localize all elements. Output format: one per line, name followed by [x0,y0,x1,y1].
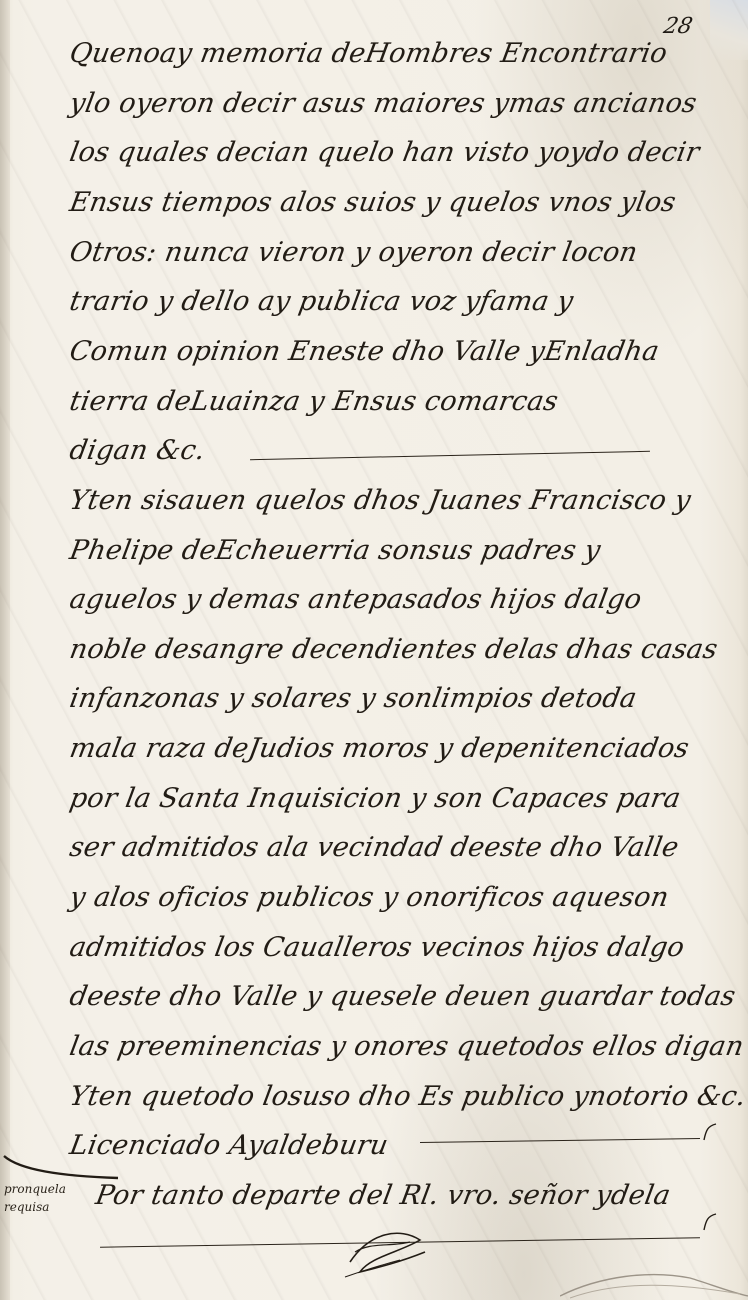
manuscript-line: tierra deLuainza y Ensus comarcas [68,388,561,415]
manuscript-line: Quenoay memoria deHombres Encontrario [68,40,670,67]
manuscript-line: digan &c. [68,437,208,464]
manuscript-line: por la Santa Inquisicion y son Capaces p… [68,785,683,812]
manuscript-line: las preeminencias y onores quetodos ello… [68,1033,748,1060]
manuscript-line: Yten quetodo losuso dho Es publico ynoto… [68,1083,748,1110]
manuscript-line: admitidos los Caualleros vecinos hijos d… [68,934,687,961]
manuscript-line: mala raza deJudios moros y depenitenciad… [68,735,691,762]
signature-rubric-icon [340,1222,440,1282]
line-end-flourish [700,1210,720,1234]
line-filler-rule [250,451,650,460]
line-filler-rule [420,1138,700,1143]
marginal-note-line-2: requisa [4,1198,66,1216]
manuscript-line: Comun opinion Eneste dho Valle yEnladha [68,338,662,365]
folio-number: 28 [661,14,694,39]
manuscript-line: noble desangre decendientes delas dhas c… [68,636,720,663]
manuscript-line: deeste dho Valle y quesele deuen guardar… [68,983,738,1010]
manuscript-line: los quales decian quelo han visto yoydo … [68,139,702,166]
manuscript-line: y alos oficios publicos y onorificos aqu… [68,884,671,911]
manuscript-line: infanzonas y solares y sonlimpios detoda [68,685,639,712]
margin-bracket-stroke [0,1148,120,1188]
binding-edge [0,0,10,1300]
manuscript-line: aguelos y demas antepasados hijos dalgo [68,586,644,613]
manuscript-line: Ensus tiempos alos suios y quelos vnos y… [68,189,678,216]
manuscript-line: Phelipe deEcheuerria sonsus padres y [68,537,603,564]
manuscript-line: ylo oyeron decir asus maiores ymas ancia… [68,90,699,117]
manuscript-line: Por tanto departe del Rl. vro. señor yde… [94,1182,673,1209]
manuscript-line: trario y dello ay publica voz yfama y [68,288,576,315]
manuscript-line: Yten sisauen quelos dhos Juanes Francisc… [68,487,693,514]
manuscript-line: Otros: nunca vieron y oyeron decir locon [68,239,640,266]
manuscript-page: 28 Quenoay memoria deHombres Encontrario… [0,0,748,1300]
worn-corner [710,0,748,60]
manuscript-line: ser admitidos ala vecindad deeste dho Va… [68,834,681,861]
paper-crease [560,1266,748,1300]
line-end-flourish [700,1120,720,1144]
